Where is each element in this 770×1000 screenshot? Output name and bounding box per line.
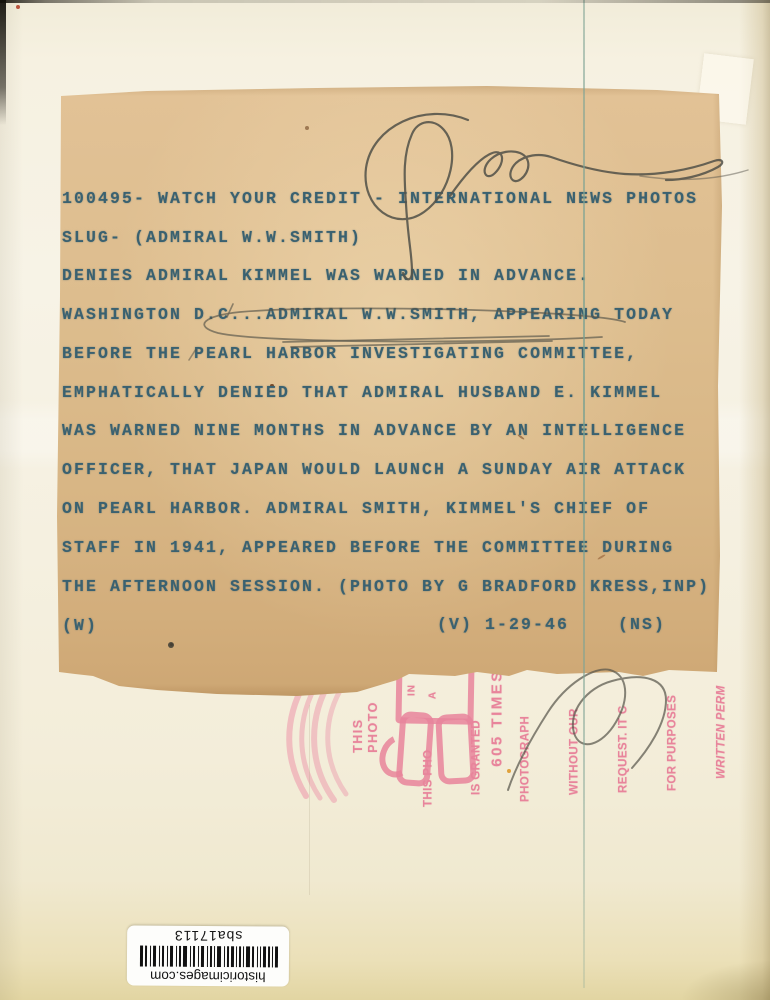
photo-edge-left xyxy=(0,0,6,125)
typed-caption: 100495- WATCH YOUR CREDIT - INTERNATIONA… xyxy=(0,0,770,700)
orange-speck xyxy=(507,769,511,773)
caption-line: EMPHATICALLY DENIED THAT ADMIRAL HUSBAND… xyxy=(62,383,662,402)
caption-line: ON PEARL HARBOR. ADMIRAL SMITH, KIMMEL'S… xyxy=(62,499,650,518)
stamp-this-photo-line2: PHOTO xyxy=(366,701,381,753)
caption-footer-w: (W) xyxy=(62,616,98,635)
faint-crease xyxy=(309,705,310,895)
barcode xyxy=(138,945,278,967)
photo-corner-shadow xyxy=(680,960,770,1000)
caption-line: DENIES ADMIRAL KIMMEL WAS WARNED IN ADVA… xyxy=(62,266,590,285)
caption-line: SLUG- (ADMIRAL W.W.SMITH) xyxy=(62,228,362,247)
photo-edge-top xyxy=(0,0,770,3)
caption-line: WAS WARNED NINE MONTHS IN ADVANCE BY AN … xyxy=(62,421,686,440)
vertical-crease-line xyxy=(583,0,585,988)
caption-line: OFFICER, THAT JAPAN WOULD LAUNCH A SUNDA… xyxy=(62,460,686,479)
caption-line: THE AFTERNOON SESSION. (PHOTO BY G BRADF… xyxy=(62,577,710,596)
sticker-website: historicimages.com xyxy=(150,969,266,983)
stamp-this-photo-line1: THIS xyxy=(351,701,366,753)
stamp-this-photo: THIS PHOTO xyxy=(351,701,381,753)
press-photo-back: THIS PHOTO IN A 605 TIMES THIS PHO IS GR… xyxy=(0,0,770,1000)
caption-footer-ns: (NS) xyxy=(618,615,666,634)
inventory-sticker: historicimages.com sba17113 xyxy=(127,925,289,986)
sticker-code: sba17113 xyxy=(174,929,243,943)
caption-line: 100495- WATCH YOUR CREDIT - INTERNATIONA… xyxy=(62,189,698,208)
caption-line: BEFORE THE PEARL HARBOR INVESTIGATING CO… xyxy=(62,344,638,363)
caption-footer-date: (V) 1-29-46 xyxy=(437,615,569,634)
